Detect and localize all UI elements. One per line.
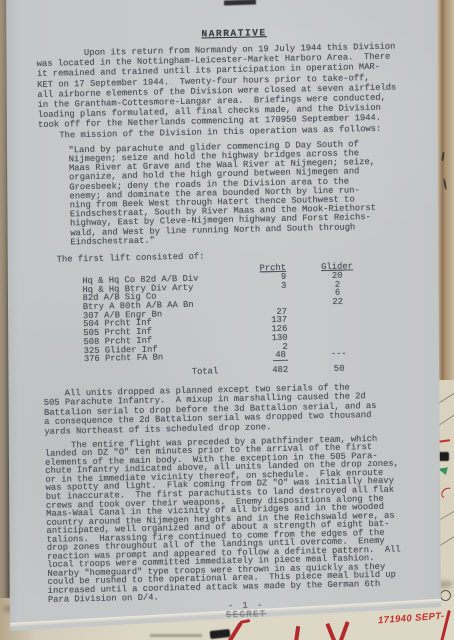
- glider-cell: ---: [304, 349, 374, 359]
- total-label: Total: [84, 367, 218, 379]
- total-prcht: 482: [218, 365, 304, 376]
- unit-cell: 376 Prcht FA Bn: [84, 353, 218, 365]
- page-title: NARRATIVE: [36, 24, 432, 43]
- mission-quote: "Land by parachute and glider commencing…: [68, 139, 436, 248]
- paragraph-return-from-normandy: Upon its return from Normandy on 19 July…: [36, 41, 434, 141]
- total-glider: 50: [304, 364, 374, 374]
- typed-content: NARRATIVE Upon its return from Normandy …: [0, 0, 454, 625]
- document-page: NARRATIVE Upon its return from Normandy …: [0, 0, 454, 640]
- grey-smudge-text: [150, 634, 202, 637]
- paragraph-drop-results: All units dropped as planned except two …: [44, 381, 441, 437]
- table-total-row: Total 482 50: [84, 363, 414, 379]
- paragraph-flight-narrative: The entire flight was preceded by a path…: [45, 433, 444, 604]
- prcht-cell-underlined: 48: [273, 350, 288, 361]
- circled-mark: [440, 590, 451, 601]
- first-lift-table: Prcht Glider Hq & Hq Co 82d A/B Div 9 20…: [82, 261, 414, 378]
